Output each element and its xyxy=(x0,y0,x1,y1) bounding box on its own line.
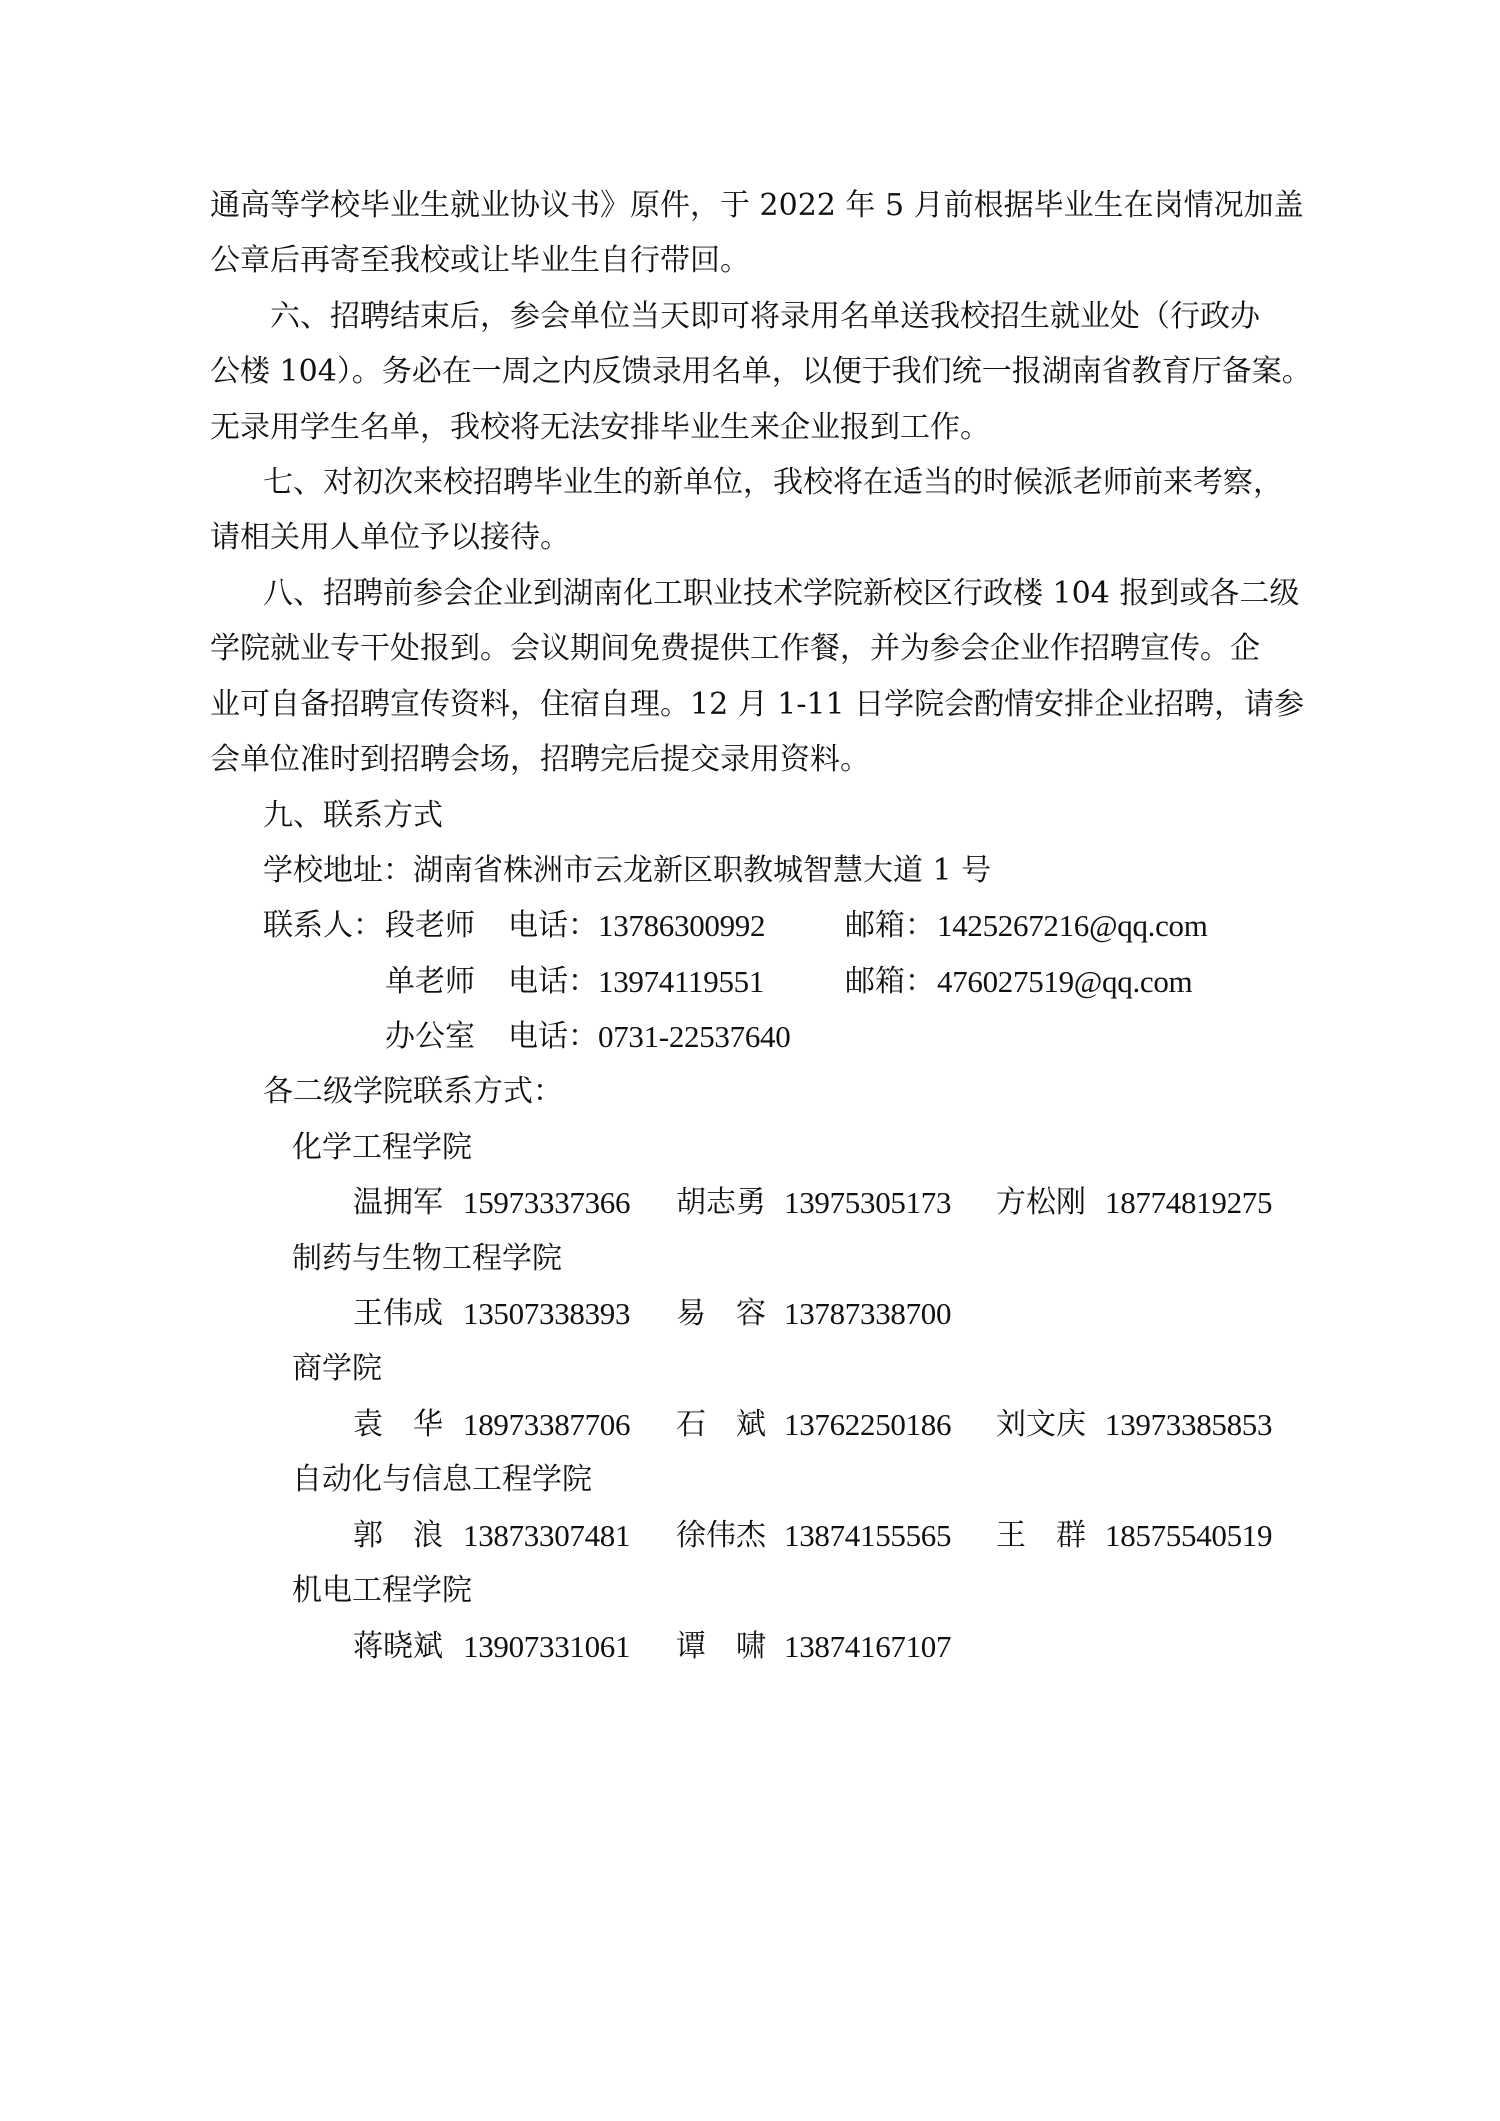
person-name: 易 容 xyxy=(676,1286,766,1342)
contact-email[interactable]: 476027519@qq.com xyxy=(937,954,1192,1010)
person-name: 温拥军 xyxy=(353,1175,443,1231)
contact-label: 联系人： xyxy=(263,898,383,954)
person-phone: 13973385853 xyxy=(1105,1397,1272,1453)
contact-phone: 13786300992 xyxy=(598,898,765,954)
person-phone: 13874167107 xyxy=(784,1619,951,1675)
paragraph-line: 公章后再寄至我校或让毕业生自行带回。 xyxy=(210,233,1278,289)
person-name: 郭 浪 xyxy=(353,1508,443,1564)
person-name: 谭 啸 xyxy=(676,1619,766,1675)
paragraph-7-line: 请相关用人单位予以接待。 xyxy=(210,510,1278,566)
contact-phone: 0731-22537640 xyxy=(598,1009,790,1065)
person-name: 刘文庆 xyxy=(996,1397,1086,1453)
college-name: 自动化与信息工程学院 xyxy=(292,1452,592,1508)
email-label: 邮箱： xyxy=(845,898,935,954)
address-value: 湖南省株洲市云龙新区职教城智慧大道 1 号 xyxy=(413,853,991,888)
contact-name: 办公室 xyxy=(385,1009,475,1065)
contact-section-heading: 九、联系方式 xyxy=(263,788,443,844)
phone-label: 电话： xyxy=(508,1009,598,1065)
paragraph-line: 通高等学校毕业生就业协议书》原件，于 2022 年 5 月前根据毕业生在岗情况加… xyxy=(210,178,1278,234)
paragraph-8-line: 八、招聘前参会企业到湖南化工职业技术学院新校区行政楼 104 报到或各二级 xyxy=(263,566,1278,622)
person-phone: 13787338700 xyxy=(784,1286,951,1342)
contact-email[interactable]: 1425267216@qq.com xyxy=(937,898,1208,954)
contact-row: 联系人： 段老师 电话： 13786300992 邮箱： 1425267216@… xyxy=(0,898,1500,954)
college-name: 制药与生物工程学院 xyxy=(292,1231,562,1287)
paragraph-6-line: 公楼 104）。务必在一周之内反馈录用名单，以便于我们统一报湖南省教育厅备案。 xyxy=(210,344,1278,400)
paragraph-6-line: 六、招聘结束后，参会单位当天即可将录用名单送我校招生就业处（行政办 xyxy=(270,289,1278,345)
contact-name: 单老师 xyxy=(385,954,475,1010)
paragraph-8-line: 业可自备招聘宣传资料，住宿自理。12 月 1-11 日学院会酌情安排企业招聘，请… xyxy=(210,677,1278,733)
person-phone: 13975305173 xyxy=(784,1175,951,1231)
person-phone: 13873307481 xyxy=(463,1508,630,1564)
school-address-row: 学校地址：湖南省株洲市云龙新区职教城智慧大道 1 号 xyxy=(263,843,991,899)
person-name: 方松刚 xyxy=(996,1175,1086,1231)
person-name: 徐伟杰 xyxy=(676,1508,766,1564)
person-name: 王 群 xyxy=(996,1508,1086,1564)
college-contacts-row: 郭 浪 13873307481 徐伟杰 13874155565 王 群 1857… xyxy=(0,1508,1500,1564)
paragraph-7-line: 七、对初次来校招聘毕业生的新单位，我校将在适当的时候派老师前来考察， xyxy=(263,455,1278,511)
college-name: 机电工程学院 xyxy=(292,1563,472,1619)
contact-row: 单老师 电话： 13974119551 邮箱： 476027519@qq.com xyxy=(0,954,1500,1010)
person-phone: 15973337366 xyxy=(463,1175,630,1231)
contact-row: 办公室 电话： 0731-22537640 xyxy=(0,1009,1500,1065)
person-name: 胡志勇 xyxy=(676,1175,766,1231)
college-contacts-row: 袁 华 18973387706 石 斌 13762250186 刘文庆 1397… xyxy=(0,1397,1500,1453)
person-phone: 18973387706 xyxy=(463,1397,630,1453)
person-name: 蒋晓斌 xyxy=(353,1619,443,1675)
college-name: 商学院 xyxy=(292,1341,382,1397)
college-contacts-row: 王伟成 13507338393 易 容 13787338700 xyxy=(0,1286,1500,1342)
paragraph-8-line: 学院就业专干处报到。会议期间免费提供工作餐，并为参会企业作招聘宣传。企 xyxy=(210,621,1278,677)
paragraph-8-line: 会单位准时到招聘会场，招聘完后提交录用资料。 xyxy=(210,732,1278,788)
person-phone: 13762250186 xyxy=(784,1397,951,1453)
paragraph-6-line: 无录用学生名单，我校将无法安排毕业生来企业报到工作。 xyxy=(210,400,1278,456)
person-phone: 13874155565 xyxy=(784,1508,951,1564)
contact-name: 段老师 xyxy=(385,898,475,954)
person-name: 袁 华 xyxy=(353,1397,443,1453)
email-label: 邮箱： xyxy=(845,954,935,1010)
person-phone: 13907331061 xyxy=(463,1619,630,1675)
person-name: 石 斌 xyxy=(676,1397,766,1453)
college-contacts-row: 温拥军 15973337366 胡志勇 13975305173 方松刚 1877… xyxy=(0,1175,1500,1231)
person-phone: 18575540519 xyxy=(1105,1508,1272,1564)
person-name: 王伟成 xyxy=(353,1286,443,1342)
address-label: 学校地址： xyxy=(263,853,413,888)
person-phone: 18774819275 xyxy=(1105,1175,1272,1231)
colleges-heading: 各二级学院联系方式： xyxy=(263,1064,563,1120)
contact-phone: 13974119551 xyxy=(598,954,764,1010)
college-name: 化学工程学院 xyxy=(292,1120,472,1176)
phone-label: 电话： xyxy=(508,954,598,1010)
phone-label: 电话： xyxy=(508,898,598,954)
college-contacts-row: 蒋晓斌 13907331061 谭 啸 13874167107 xyxy=(0,1619,1500,1675)
person-phone: 13507338393 xyxy=(463,1286,630,1342)
